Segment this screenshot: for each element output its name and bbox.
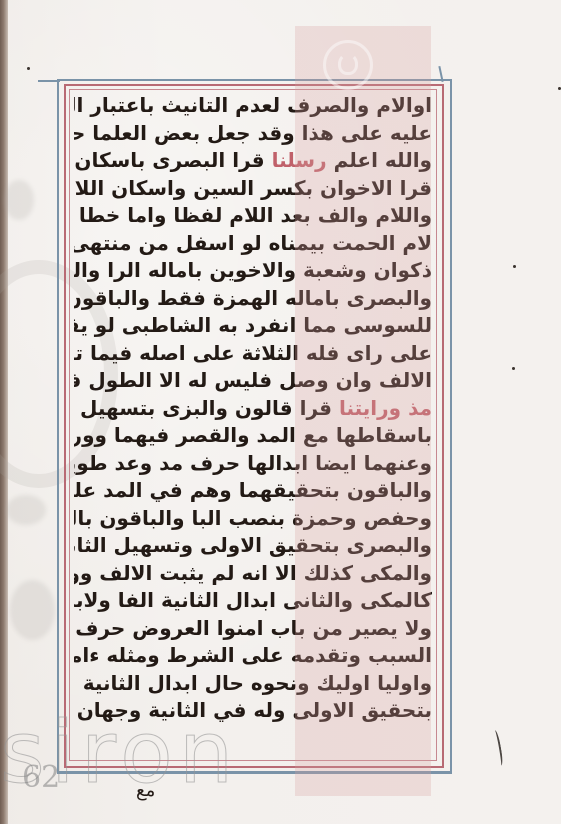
manuscript-page: اوالام والصرف لعدم التانيث باعتبار الحى … (0, 0, 561, 824)
folio-number: 62 (22, 760, 60, 795)
watermark-band (295, 26, 431, 796)
catchword: مع (136, 780, 155, 801)
ink-speck (27, 67, 30, 70)
watermark-logo-icon (323, 40, 373, 90)
ink-speck (512, 367, 515, 370)
ink-speck (513, 265, 516, 268)
stain-spot (10, 580, 55, 640)
stain-spot (6, 495, 46, 525)
text-segment: قرا البصرى باسكان السين والباقون بالضم (74, 148, 272, 172)
watermark-text: siron (0, 718, 561, 788)
stain-spot (4, 180, 34, 220)
